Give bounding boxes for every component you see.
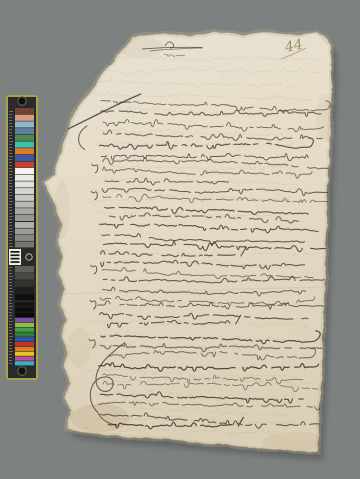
color-patch [15, 307, 34, 312]
ruler-tick [9, 348, 12, 349]
ruler-tick [9, 222, 12, 223]
ruler-tick [9, 198, 12, 199]
ruler-tick [9, 126, 13, 127]
ruler-tick [9, 201, 13, 202]
color-patch [15, 142, 34, 148]
color-patch [15, 328, 34, 332]
ruler-tick [9, 216, 13, 217]
ruler-tick [9, 162, 12, 163]
ruler-tick [9, 219, 12, 220]
ruler-tick [9, 351, 13, 352]
color-patch [15, 215, 34, 221]
ruler-tick [9, 333, 12, 334]
ruler-tick [9, 312, 12, 313]
ruler-tick [9, 210, 12, 211]
ruler-tick [9, 195, 12, 196]
ruler-tick [9, 345, 12, 346]
ruler-tick [9, 285, 12, 286]
color-patch [15, 302, 34, 307]
color-patch [15, 266, 34, 272]
ruler-tick [9, 291, 13, 292]
ruler-tick [9, 273, 12, 274]
color-patch [15, 115, 34, 121]
strip-hole [18, 97, 26, 105]
ruler-tick [9, 165, 12, 166]
color-patch [15, 332, 34, 336]
ruler-tick [9, 207, 12, 208]
ruler-tick [9, 360, 12, 361]
ruler-tick [9, 294, 12, 295]
color-patch [15, 347, 34, 351]
ruler-tick [9, 276, 13, 277]
color-patch [15, 361, 34, 365]
color-patch [15, 229, 34, 235]
ruler-tick [9, 150, 12, 151]
color-patch [15, 294, 34, 300]
ruler-tick [9, 168, 12, 169]
color-patch [15, 342, 34, 346]
ruler-tick [9, 324, 12, 325]
ruler-tick [9, 267, 12, 268]
ruler-tick [9, 288, 12, 289]
ruler-tick [9, 171, 13, 172]
color-patch [15, 312, 34, 317]
paper-grain [44, 31, 332, 453]
ruler-tick [9, 189, 12, 190]
ruler-tick [9, 342, 12, 343]
barcode-bar [11, 261, 20, 263]
ruler-tick [9, 144, 12, 145]
ruler-tick [9, 183, 12, 184]
ruler-tick [9, 186, 13, 187]
ruler-tick [9, 309, 12, 310]
ruler-tick [9, 336, 13, 337]
color-patch [15, 323, 34, 327]
barcode-bar [11, 258, 20, 260]
color-patch [15, 208, 34, 214]
color-patch [15, 155, 34, 161]
color-patch [15, 356, 34, 360]
color-patch [15, 273, 34, 279]
ruler-tick [9, 159, 12, 160]
ruler-tick [9, 213, 12, 214]
color-patch [15, 235, 34, 241]
color-patch [15, 188, 34, 194]
ruler-tick [9, 270, 12, 271]
ruler-tick [9, 237, 12, 238]
ruler-tick [9, 246, 13, 247]
archive-photo-background: 44 [0, 0, 360, 479]
ruler-tick [9, 330, 12, 331]
ruler-tick [9, 204, 12, 205]
color-patch [15, 280, 34, 286]
ruler-tick [9, 120, 12, 121]
ruler-tick [9, 132, 12, 133]
color-patch [15, 121, 34, 127]
ruler-tick [9, 135, 12, 136]
ruler-tick [9, 141, 13, 142]
ruler-tick [9, 153, 12, 154]
ruler-tick [9, 177, 12, 178]
ruler-tick [9, 114, 12, 115]
ruler-tick [9, 303, 12, 304]
color-patch [15, 168, 34, 174]
ruler-tick [9, 318, 12, 319]
color-patch [15, 318, 34, 322]
ruler-tick [9, 282, 12, 283]
color-patch [15, 181, 34, 187]
ruler-tick [9, 123, 12, 124]
color-patch [15, 337, 34, 341]
ruler-tick [9, 117, 12, 118]
ruler-tick [9, 300, 12, 301]
ruler-tick [9, 234, 12, 235]
ruler-tick [9, 240, 12, 241]
ruler-tick [9, 111, 13, 112]
ruler-tick [9, 180, 12, 181]
ruler-tick [9, 147, 12, 148]
ruler-tick [9, 231, 13, 232]
barcode-bar [11, 254, 20, 256]
ruler-tick [9, 129, 12, 130]
color-patch [15, 287, 34, 293]
ruler-tick [9, 327, 12, 328]
color-patch [15, 162, 34, 168]
barcode-bar [11, 251, 20, 253]
color-patch [15, 242, 34, 248]
color-patch [15, 352, 34, 356]
ruler-tick [9, 315, 12, 316]
color-patch [15, 108, 34, 114]
color-patch [15, 222, 34, 228]
ruler-tick [9, 339, 12, 340]
color-patch [15, 135, 34, 141]
ruler-tick [9, 279, 12, 280]
scene-image: 44 [0, 0, 360, 479]
color-patch [15, 148, 34, 154]
ruler-tick [9, 357, 12, 358]
ruler-tick [9, 156, 13, 157]
color-patch [15, 128, 34, 134]
ruler-tick [9, 306, 13, 307]
color-patch [15, 202, 34, 208]
strip-hole [18, 367, 26, 375]
ruler-tick [9, 354, 12, 355]
ruler-tick [9, 174, 12, 175]
ruler-tick [9, 192, 12, 193]
ruler-tick [9, 243, 12, 244]
ruler-tick [9, 363, 12, 364]
color-calibration-strip [6, 95, 38, 380]
ruler-tick [9, 225, 12, 226]
ruler-tick [9, 228, 12, 229]
ruler-tick [9, 297, 12, 298]
ruler-tick [9, 138, 12, 139]
color-patch [15, 175, 34, 181]
color-patch [15, 195, 34, 201]
ruler-tick [9, 321, 13, 322]
